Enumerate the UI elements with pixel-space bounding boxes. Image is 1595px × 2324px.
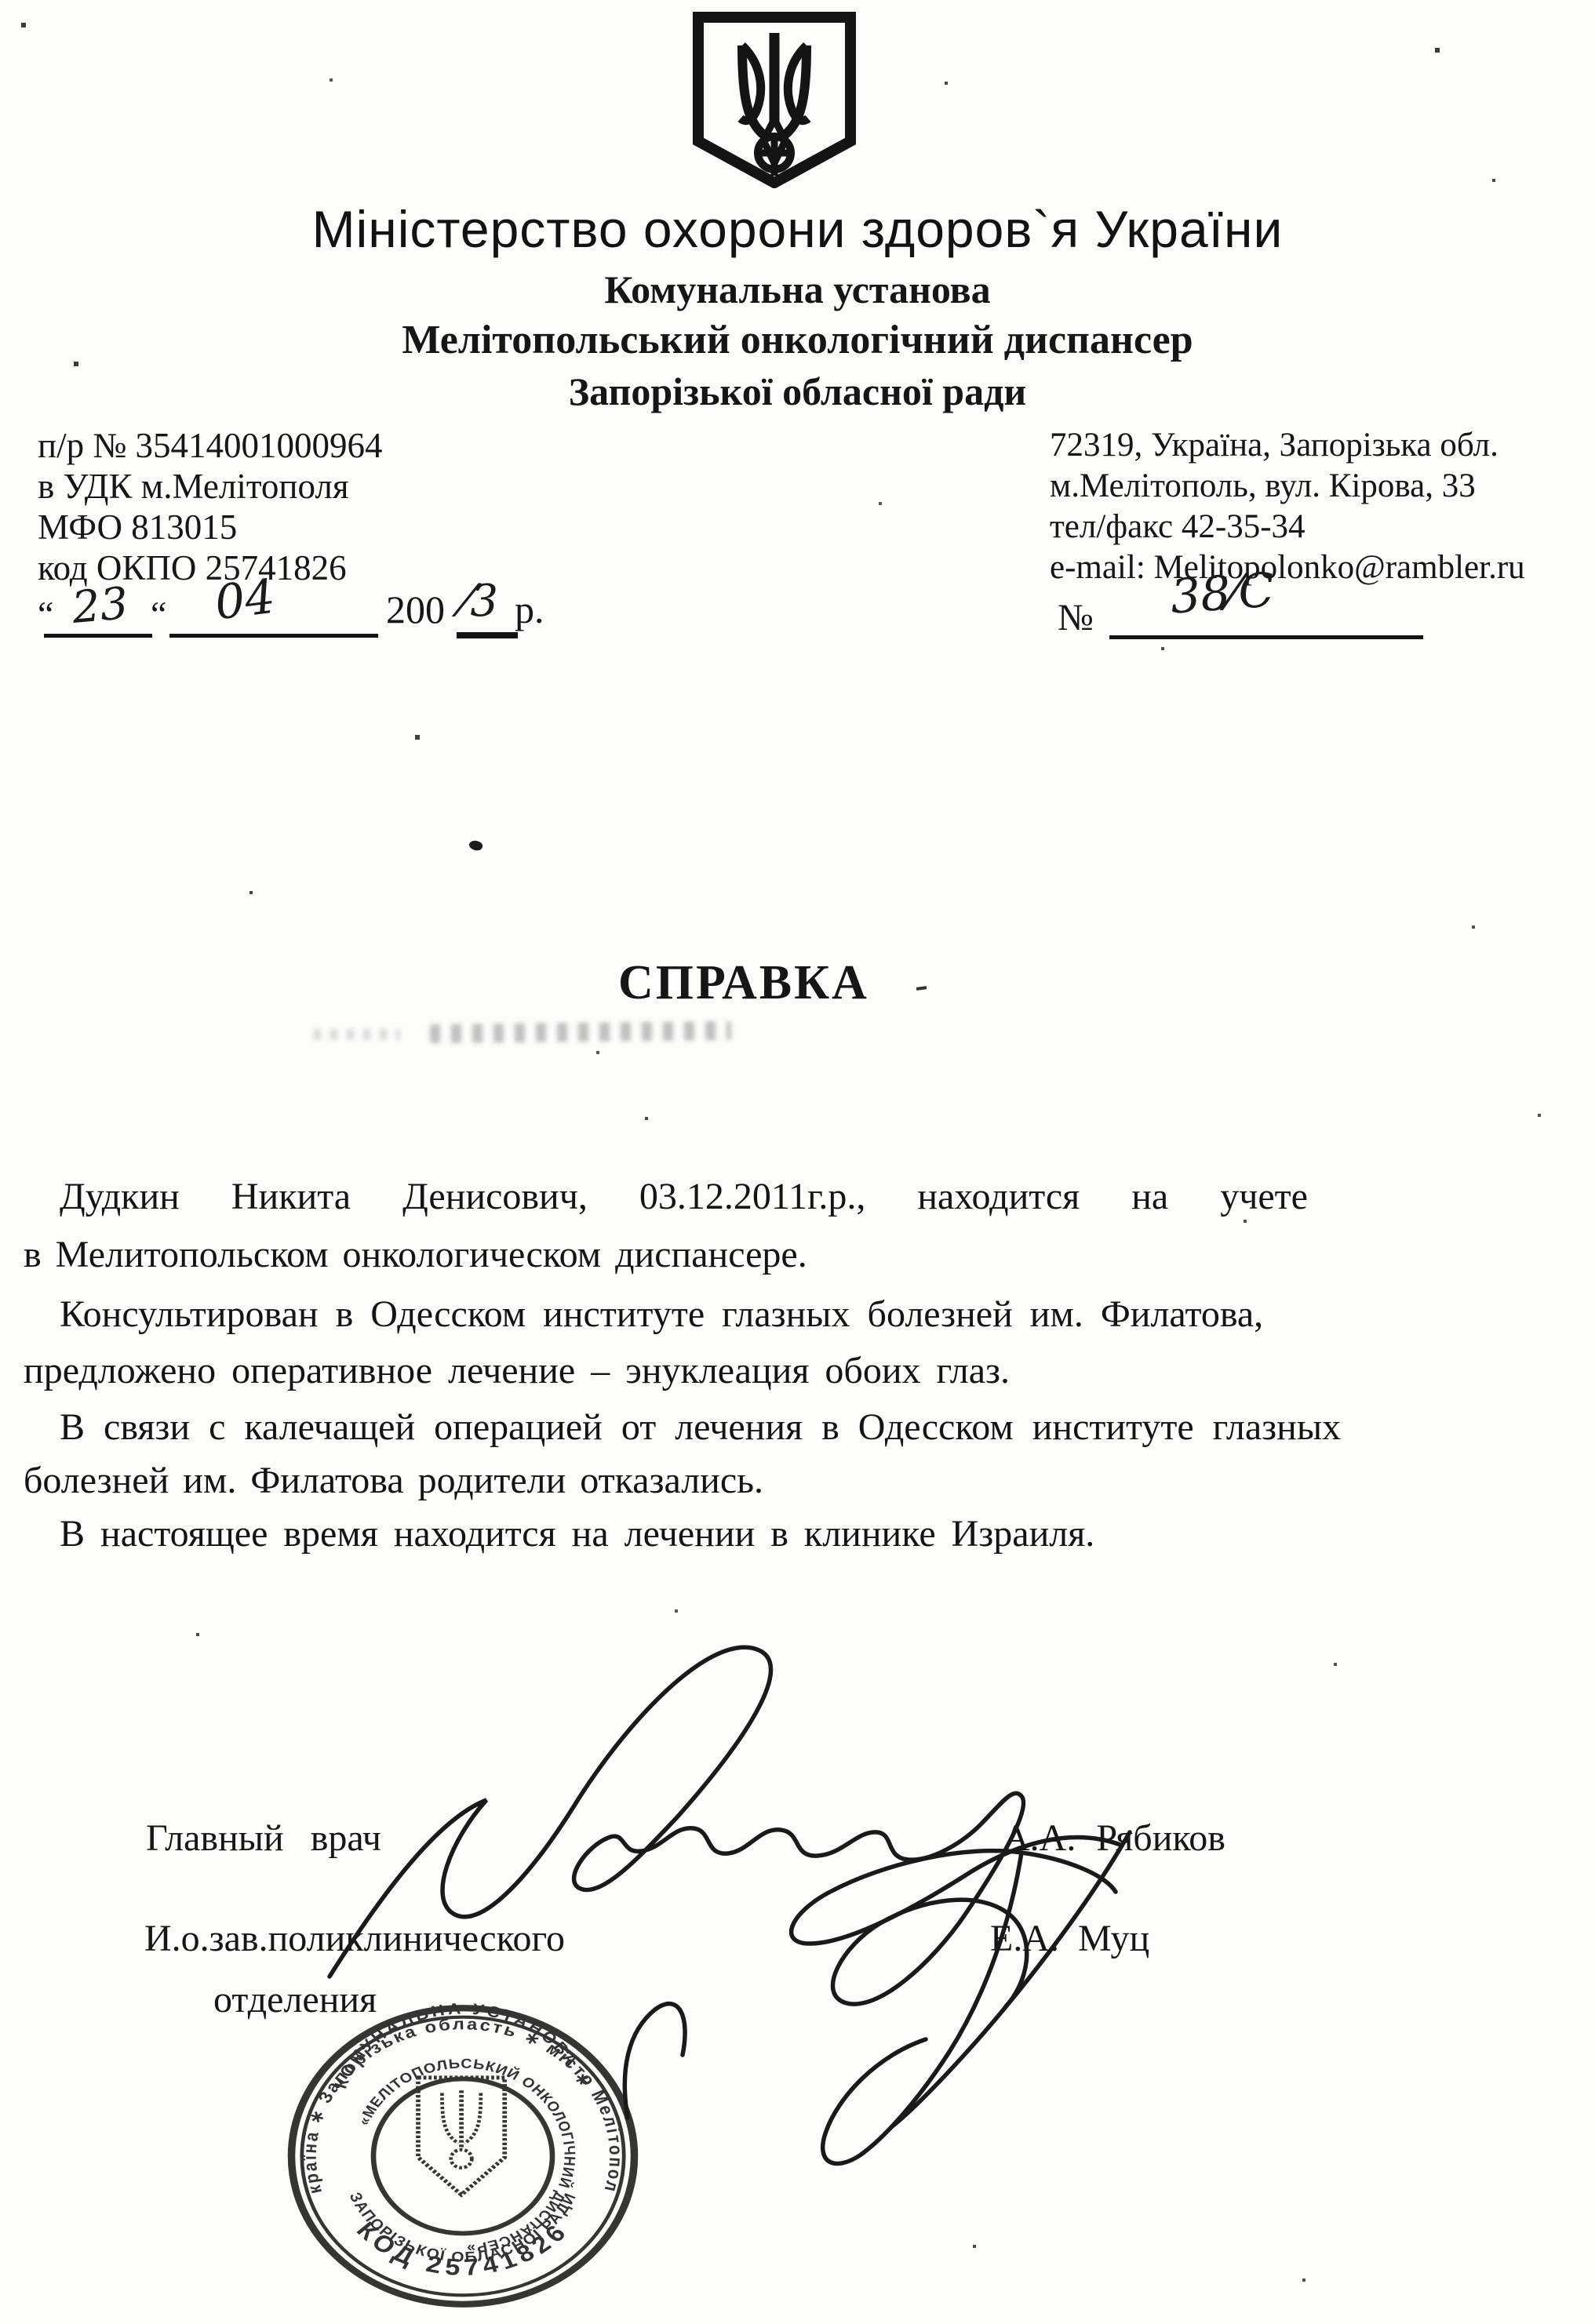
body-line: Консультирован в Одесском институте глаз… [24,1293,1263,1336]
address-line1: 72319, Україна, Запорізька обл. [1050,425,1525,466]
ukraine-trident-emblem-icon [687,9,861,188]
handwritten-signatures [196,1600,1255,2212]
bank-name: в УДК м.Мелітополя [38,466,383,507]
body-line: болезней им. Филатова родители отказалис… [24,1459,763,1502]
signature-stray-curve [625,2004,685,2118]
mfo-code: МФО 813015 [38,507,383,547]
handwritten-number: 38⁄С [1169,562,1276,624]
org-type: Комунальна установа [0,267,1595,312]
year-suffix: р. [515,587,544,632]
handwritten-day: 23 [70,578,130,634]
body-line: в Мелитопольском онкологическом диспансе… [24,1233,807,1276]
ink-blot [468,839,484,853]
handwritten-year: ⁄3 [463,576,498,627]
scanned-certificate-page: Міністерство охорони здоров`я України Ко… [0,0,1595,2324]
year-printed: 200 [386,587,445,632]
date-month-underline [169,634,378,638]
body-line: В настоящее время находится на лечении в… [24,1512,1094,1555]
account-number: п/р № 35414001000964 [38,425,383,466]
phone-fax: тел/факс 42-35-34 [1050,507,1525,547]
date-open-quote: “ [38,593,53,635]
body-line: В связи с калечащей операцией от лечения… [24,1406,1341,1449]
stray-dash-mark [916,986,927,991]
scan-smudge [430,1021,731,1043]
body-line: Дудкин Никита Денисович, 03.12.2011г.р.,… [24,1175,1308,1218]
signature-chief-doctor [330,1647,1027,2006]
bank-requisites-block: п/р № 35414001000964 в УДК м.Мелітополя … [38,425,383,588]
address-line2: м.Мелітополь, вул. Кірова, 33 [1050,466,1525,507]
scan-noise-speckles [0,0,3,3]
body-line: предложено оперативное лечение – энуклеа… [24,1349,1010,1392]
ministry-title: Міністерство охорони здоров`я України [0,199,1595,259]
year-underline [457,632,518,638]
date-day-underline [44,634,152,638]
number-label: № [1058,596,1094,639]
org-name: Мелітопольський онкологічний диспансер [0,317,1595,363]
email: e-mail: Melitopolonko@rambler.ru [1050,547,1525,588]
handwritten-month: 04 [212,569,278,631]
document-title: СПРАВКА [618,955,869,1011]
org-owner: Запорізької обласної ради [0,369,1595,414]
address-block: 72319, Україна, Запорізька обл. м.Меліто… [1050,425,1525,588]
scan-smudge-small [314,1029,400,1040]
number-underline [1109,635,1423,639]
date-close-quote: “ [151,593,166,635]
